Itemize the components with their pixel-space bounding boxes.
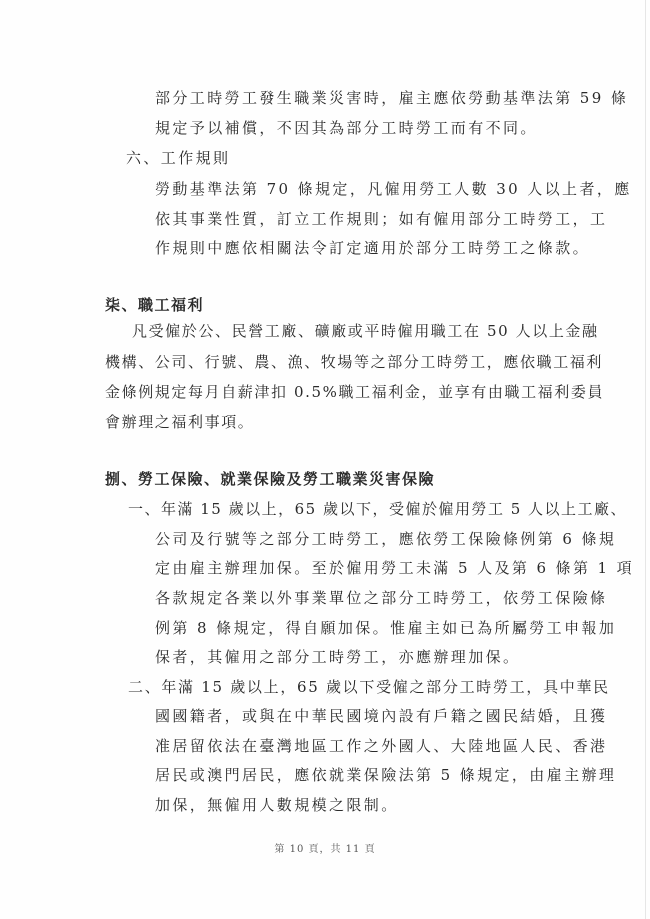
scan-edge-line: [645, 0, 646, 919]
paragraph-line: 部分工時勞工發生職業災害時，雇主應依勞動基準法第 59 條: [155, 88, 628, 108]
list-item-line: 加保，無僱用人數規模之限制。: [155, 795, 399, 815]
paragraph-line: 凡受僱於公、民營工廠、礦廠或平時僱用職工在 50 人以上金融: [132, 321, 599, 341]
document-page: 部分工時勞工發生職業災害時，雇主應依勞動基準法第 59 條 規定予以補償，不因其…: [0, 0, 650, 919]
page-number-footer: 第 10 頁，共 11 頁: [0, 840, 650, 855]
paragraph-line: 依其事業性質，訂立工作規則；如有僱用部分工時勞工，工: [155, 209, 607, 229]
list-item-line: 二、年滿 15 歲以上，65 歲以下受僱之部分工時勞工，具中華民: [128, 677, 610, 697]
paragraph-line: 金條例規定每月自薪津扣 0.5%職工福利金，並享有由職工福利委員: [105, 382, 604, 402]
list-item-line: 例第 8 條規定，得自願加保。惟雇主如已為所屬勞工申報加: [155, 618, 616, 638]
list-item-line: 一、年滿 15 歲以上，65 歲以下，受僱於僱用勞工 5 人以上工廠、: [128, 499, 627, 519]
list-item-line: 公司及行號等之部分工時勞工，應依勞工保險條例第 6 條規: [155, 529, 616, 549]
item-title-work-rules: 六、工作規則: [126, 148, 230, 168]
list-item-line: 定由雇主辦理加保。至於僱用勞工未滿 5 人及第 6 條第 1 項: [155, 558, 634, 578]
paragraph-line: 會辦理之福利事項。: [105, 412, 254, 432]
list-item-line: 各款規定各業以外事業單位之部分工時勞工，依勞工保險條: [155, 588, 607, 608]
list-item-line: 國國籍者，或與在中華民國境內設有戶籍之國民結婚，且獲: [155, 706, 607, 726]
section-heading-insurance: 捌、勞工保險、就業保險及勞工職業災害保險: [105, 469, 435, 489]
list-item-line: 保者，其僱用之部分工時勞工，亦應辦理加保。: [155, 647, 520, 667]
paragraph-line: 勞動基準法第 70 條規定，凡僱用勞工人數 30 人以上者，應: [155, 179, 632, 199]
section-heading-employee-welfare: 柒、職工福利: [105, 295, 204, 315]
list-item-line: 准居留依法在臺灣地區工作之外國人、大陸地區人民、香港: [155, 736, 607, 756]
paragraph-line: 規定予以補償，不因其為部分工時勞工而有不同。: [155, 118, 538, 138]
list-item-line: 居民或澳門居民，應依就業保險法第 5 條規定，由雇主辦理: [155, 765, 616, 785]
paragraph-line: 機構、公司、行號、農、漁、牧場等之部分工時勞工，應依職工福利: [105, 352, 603, 372]
paragraph-line: 作規則中應依相關法令訂定適用於部分工時勞工之條款。: [155, 238, 590, 258]
